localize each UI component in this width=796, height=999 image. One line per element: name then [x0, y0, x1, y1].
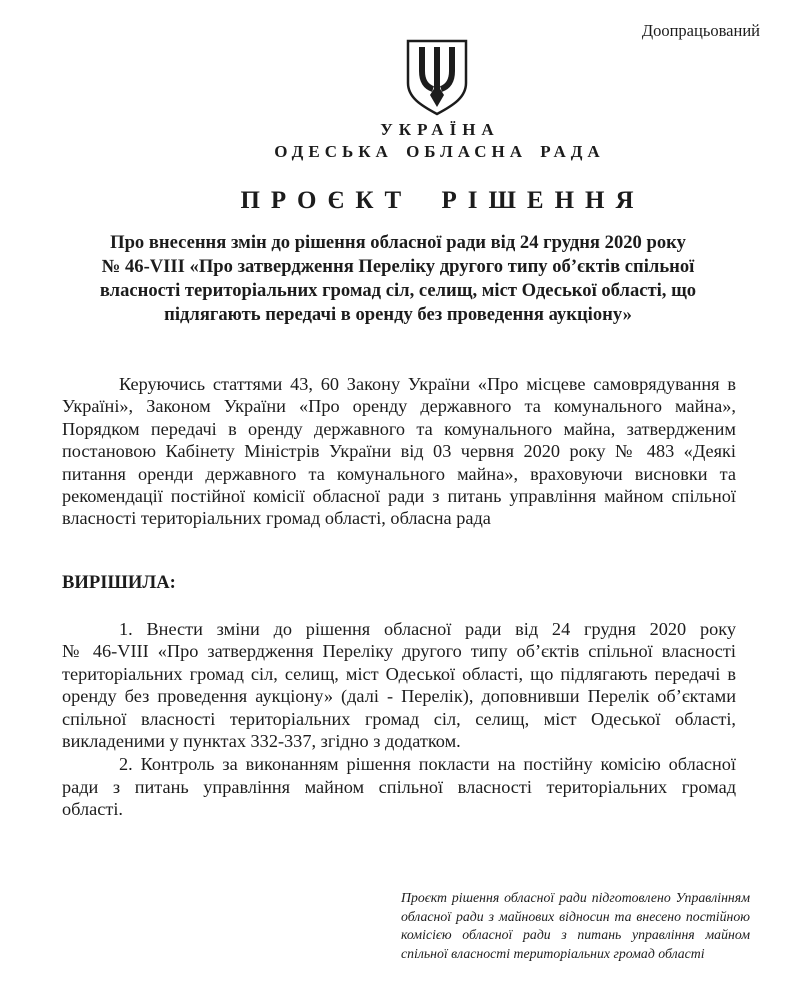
preamble-line: власності територіальних громад області,… — [62, 507, 736, 529]
document-type-title: ПРОЄКТ РІШЕННЯ — [78, 187, 796, 215]
preamble-line: Порядком передачі в оренду державного та… — [62, 418, 736, 440]
resolution-item-1: 1. Внести зміни до рішення обласної ради… — [62, 618, 736, 752]
item-line: спільної власності територіальних громад… — [62, 708, 736, 730]
preamble-line: Україні», Законом України «Про оренду де… — [62, 395, 736, 417]
item-line: територіальних громад сіл, селищ, міст О… — [62, 663, 736, 685]
trident-emblem-icon — [406, 39, 468, 117]
document-page: Доопрацьований УКРАЇНА ОДЕСЬКА ОБЛАСНА Р… — [0, 0, 796, 999]
subject-line: Про внесення змін до рішення обласної ра… — [60, 231, 736, 255]
council-name: ОДЕСЬКА ОБЛАСНА РАДА — [78, 142, 796, 162]
item-line: оренду без проведення аукціону» (далі - … — [62, 685, 736, 707]
country-name: УКРАЇНА — [78, 120, 796, 140]
preamble-paragraph: Керуючись статтями 43, 60 Закону України… — [62, 373, 736, 530]
item-line: № 46-VIII «Про затвердження Переліку дру… — [62, 640, 736, 662]
subject-line: власності територіальних громад сіл, сел… — [60, 279, 736, 303]
item-line: викладеними у пунктах 332-337, згідно з … — [62, 730, 736, 752]
item-line: області. — [62, 798, 736, 820]
preparation-footnote: Проєкт рішення обласної ради підготовлен… — [401, 889, 750, 963]
item-line: 2. Контроль за виконанням рішення поклас… — [62, 753, 736, 775]
preamble-line: постановою Кабінету Міністрів України ві… — [62, 440, 736, 462]
item-line: 1. Внести зміни до рішення обласної ради… — [62, 618, 736, 640]
document-header: УКРАЇНА ОДЕСЬКА ОБЛАСНА РАДА ПРОЄКТ РІШЕ… — [78, 39, 796, 215]
resolution-heading: ВИРІШИЛА: — [62, 572, 176, 594]
resolution-items: 1. Внести зміни до рішення обласної ради… — [62, 618, 736, 821]
status-label: Доопрацьований — [642, 21, 760, 41]
subject-line: № 46-VIII «Про затвердження Переліку дру… — [60, 255, 736, 279]
subject-block: Про внесення змін до рішення обласної ра… — [60, 231, 736, 327]
preamble-line: рекомендації постійної комісії обласної … — [62, 485, 736, 507]
subject-line: підлягають передачі в оренду без проведе… — [60, 303, 736, 327]
resolution-item-2: 2. Контроль за виконанням рішення поклас… — [62, 753, 736, 820]
item-line: ради з питань управління майном спільної… — [62, 776, 736, 798]
preamble-line: Керуючись статтями 43, 60 Закону України… — [62, 373, 736, 395]
preamble-line: питання оренди державного та комунальног… — [62, 463, 736, 485]
